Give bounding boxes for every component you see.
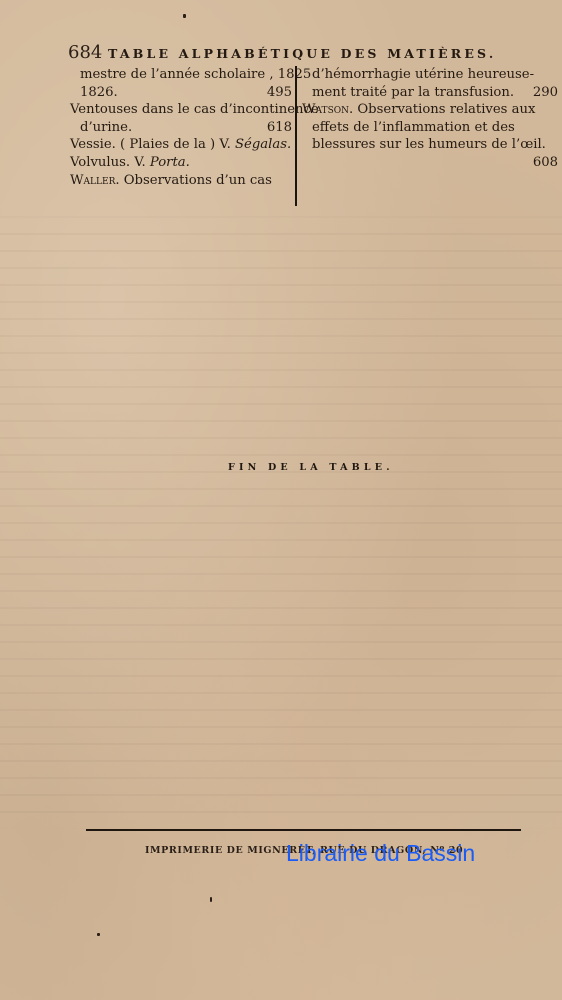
page-number: 684 [68,42,102,63]
index-text: mestre de l’année scholaire , 1825 [80,66,311,84]
index-text-group: Volvulus. V. Porta. [70,154,190,172]
footer-rule [86,829,521,831]
index-text: blessures sur les humeurs de l’œil. [312,136,546,154]
index-text: . Observations d’un cas [115,173,272,188]
page-ref: 290 [533,84,558,102]
index-text-group: Watson. Observations relatives aux [302,101,535,119]
index-text: Volvulus. V. [70,155,150,170]
author-name: Waller [70,173,115,188]
running-title: TABLE ALPHABÉTIQUE DES MATIÈRES. [108,46,496,61]
index-text: d’urine. [80,119,132,137]
index-text: . Observations relatives aux [349,102,535,117]
watermark-text: Librairie du Bassin [286,840,475,867]
page-ref: 618 [267,119,292,137]
page-header: 684 TABLE ALPHABÉTIQUE DES MATIÈRES. [68,42,538,66]
cross-reference: Porta. [150,155,190,170]
page-ref: 608 [533,154,558,172]
paper-speck [97,933,100,936]
column-divider [295,66,297,206]
index-entry-watson: Watson. Observations relatives aux [302,101,558,119]
index-text: d’hémorrhagie utérine heureuse- [312,66,534,84]
page-ref: 495 [267,84,292,102]
author-name: Watson [302,102,349,117]
index-text: effets de l’inflammation et des [312,119,515,137]
index-text: Ventouses dans le cas d’incontinence [70,101,319,119]
index-text: 1826. [80,84,118,102]
index-text-group: Vessie. ( Plaies de la ) V. Ségalas. [70,136,291,154]
index-line: 1826. 495 [70,84,292,102]
left-column: mestre de l’année scholaire , 1825 1826.… [70,66,292,189]
index-line: blessures sur les humeurs de l’œil. [302,136,558,154]
index-line: mestre de l’année scholaire , 1825 [70,66,292,84]
index-entry-volvulus: Volvulus. V. Porta. [70,154,292,172]
paper-speck [210,897,212,902]
index-entry-vessie: Vessie. ( Plaies de la ) V. Ségalas. [70,136,292,154]
index-line: 608 [302,154,558,172]
index-text: ment traité par la transfusion. [312,84,514,102]
right-column: d’hémorrhagie utérine heureuse- ment tra… [302,66,558,172]
index-line: d’urine. 618 [70,119,292,137]
cross-reference: Ségalas. [235,137,291,152]
scanned-book-page: 684 TABLE ALPHABÉTIQUE DES MATIÈRES. mes… [0,0,562,1000]
index-entry-ventouses: Ventouses dans le cas d’incontinence [70,101,292,119]
index-line: effets de l’inflammation et des [302,119,558,137]
paper-speck [183,14,186,18]
index-text-group: Waller. Observations d’un cas [70,172,272,190]
end-of-table-marker: FIN DE LA TABLE. [228,462,394,473]
index-entry-waller: Waller. Observations d’un cas [70,172,292,190]
index-line: ment traité par la transfusion. 290 [302,84,558,102]
index-line: d’hémorrhagie utérine heureuse- [302,66,558,84]
index-text: Vessie. ( Plaies de la ) V. [70,137,235,152]
